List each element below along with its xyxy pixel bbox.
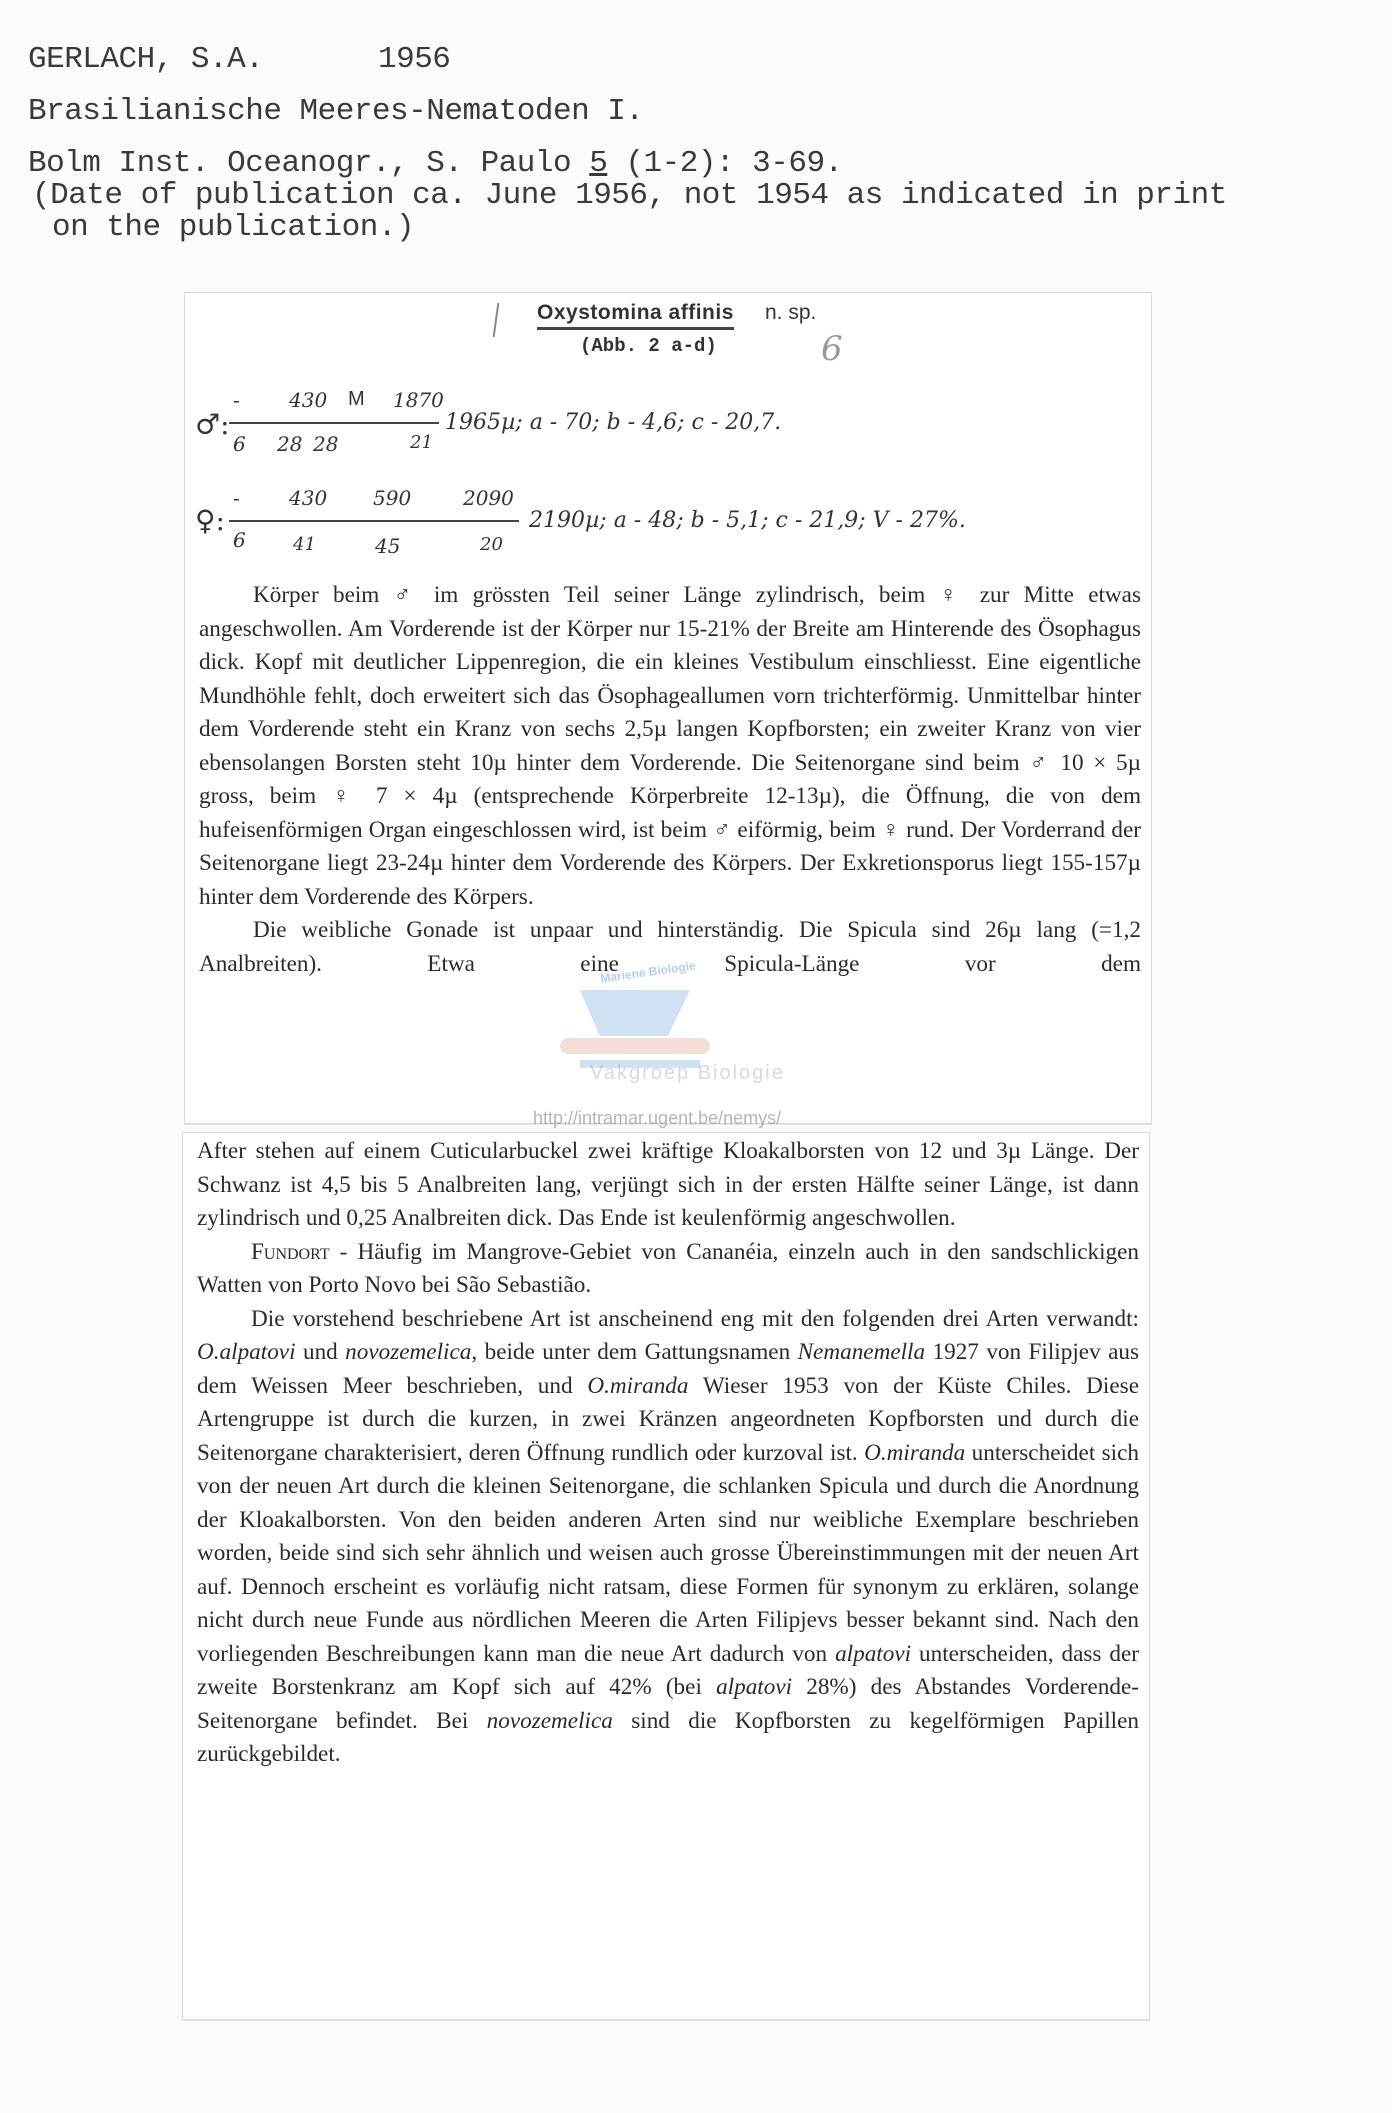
formula-fraction-bar xyxy=(229,520,519,522)
description-paragraph-tail: After stehen auf einem Cuticularbuckel z… xyxy=(197,1135,1139,1236)
citation-journal: Bolm Inst. Oceanogr., S. Paulo 5 (1-2): … xyxy=(28,146,843,181)
formula-value: 430 xyxy=(289,486,327,510)
formula-value: 430 xyxy=(289,388,327,412)
formula-value: 28 xyxy=(313,432,338,456)
species-italic: O.alpatovi xyxy=(197,1339,296,1365)
formula-value: 45 xyxy=(375,534,400,558)
citation-note-line-2: on the publication.) xyxy=(52,210,414,245)
check-mark-icon xyxy=(493,303,500,337)
description-paragraph-gonade: Die weibliche Gonade ist unpaar und hint… xyxy=(199,914,1141,981)
genus-italic: Nemanemella xyxy=(798,1339,926,1365)
species-rank: n. sp. xyxy=(765,301,816,325)
citation-note-line-1: (Date of publication ca. June 1956, not … xyxy=(32,178,1227,213)
formula-value: 590 xyxy=(373,486,411,510)
fundort-text: - Häufig im Mangrove-Gebiet von Cananéia… xyxy=(197,1239,1139,1299)
citation-year: 1956 xyxy=(378,42,450,77)
description-paragraph: Körper beim ♂ im grössten Teil seiner Lä… xyxy=(199,579,1141,914)
discussion-text: , beide unter dem Gattungsnamen xyxy=(471,1339,797,1365)
female-symbol: ♀: xyxy=(195,504,225,537)
formula-value: 6 xyxy=(233,528,246,552)
journal-pages: (1-2): 3-69. xyxy=(607,146,842,181)
citation-author: GERLACH, S.A. xyxy=(28,42,263,77)
male-symbol: ♂: xyxy=(195,408,230,441)
formula-value: M xyxy=(348,388,365,411)
formula-value: 20 xyxy=(480,534,503,555)
species-italic: novozemelica xyxy=(345,1339,471,1365)
description-text-bottom: After stehen auf einem Cuticularbuckel z… xyxy=(197,1135,1139,1772)
citation-title: Brasilianische Meeres-Nematoden I. xyxy=(28,94,644,129)
formula-fraction-bar xyxy=(229,422,439,424)
fundort-label: Fundort xyxy=(251,1239,330,1265)
formula-value: 1870 xyxy=(393,388,444,412)
discussion-text: Die vorstehend beschriebene Art ist ansc… xyxy=(251,1306,1139,1332)
formula-value: - xyxy=(233,388,240,412)
formula-value: 6 xyxy=(233,432,246,456)
handwritten-number: 6 xyxy=(821,329,843,369)
formula-value: - xyxy=(233,486,240,510)
journal-volume: 5 xyxy=(589,146,607,181)
species-italic: novozemelica xyxy=(487,1708,613,1734)
discussion-paragraph: Die vorstehend beschriebene Art ist ansc… xyxy=(197,1303,1139,1772)
formula-value: 41 xyxy=(293,534,316,555)
figure-reference: (Abb. 2 a-d) xyxy=(580,335,717,357)
fundort-paragraph: Fundort - Häufig im Mangrove-Gebiet von … xyxy=(197,1236,1139,1303)
species-italic: alpatovi xyxy=(835,1641,911,1667)
species-italic: O.miranda xyxy=(587,1373,688,1399)
formula-value: 2090 xyxy=(463,486,514,510)
species-name: Oxystomina affinis xyxy=(537,301,734,330)
formula-ratios: 1965µ; a - 70; b - 4,6; c - 20,7. xyxy=(445,410,781,435)
discussion-text: und xyxy=(296,1339,346,1365)
formula-value: 28 xyxy=(277,432,302,456)
formula-ratios: 2190µ; a - 48; b - 5,1; c - 21,9; V - 27… xyxy=(529,508,966,533)
formula-value: 21 xyxy=(410,432,433,453)
clipping-bottom: After stehen auf einem Cuticularbuckel z… xyxy=(182,1132,1150,2020)
species-italic: O.miranda xyxy=(864,1440,965,1466)
description-text-top: Körper beim ♂ im grössten Teil seiner Lä… xyxy=(199,579,1141,981)
discussion-text: unterscheidet sich von der neuen Art dur… xyxy=(197,1440,1139,1667)
clipping-top: Oxystomina affinis n. sp. (Abb. 2 a-d) 6… xyxy=(184,292,1152,1124)
journal-name: Bolm Inst. Oceanogr., S. Paulo xyxy=(28,146,589,181)
species-italic: alpatovi xyxy=(716,1674,792,1700)
